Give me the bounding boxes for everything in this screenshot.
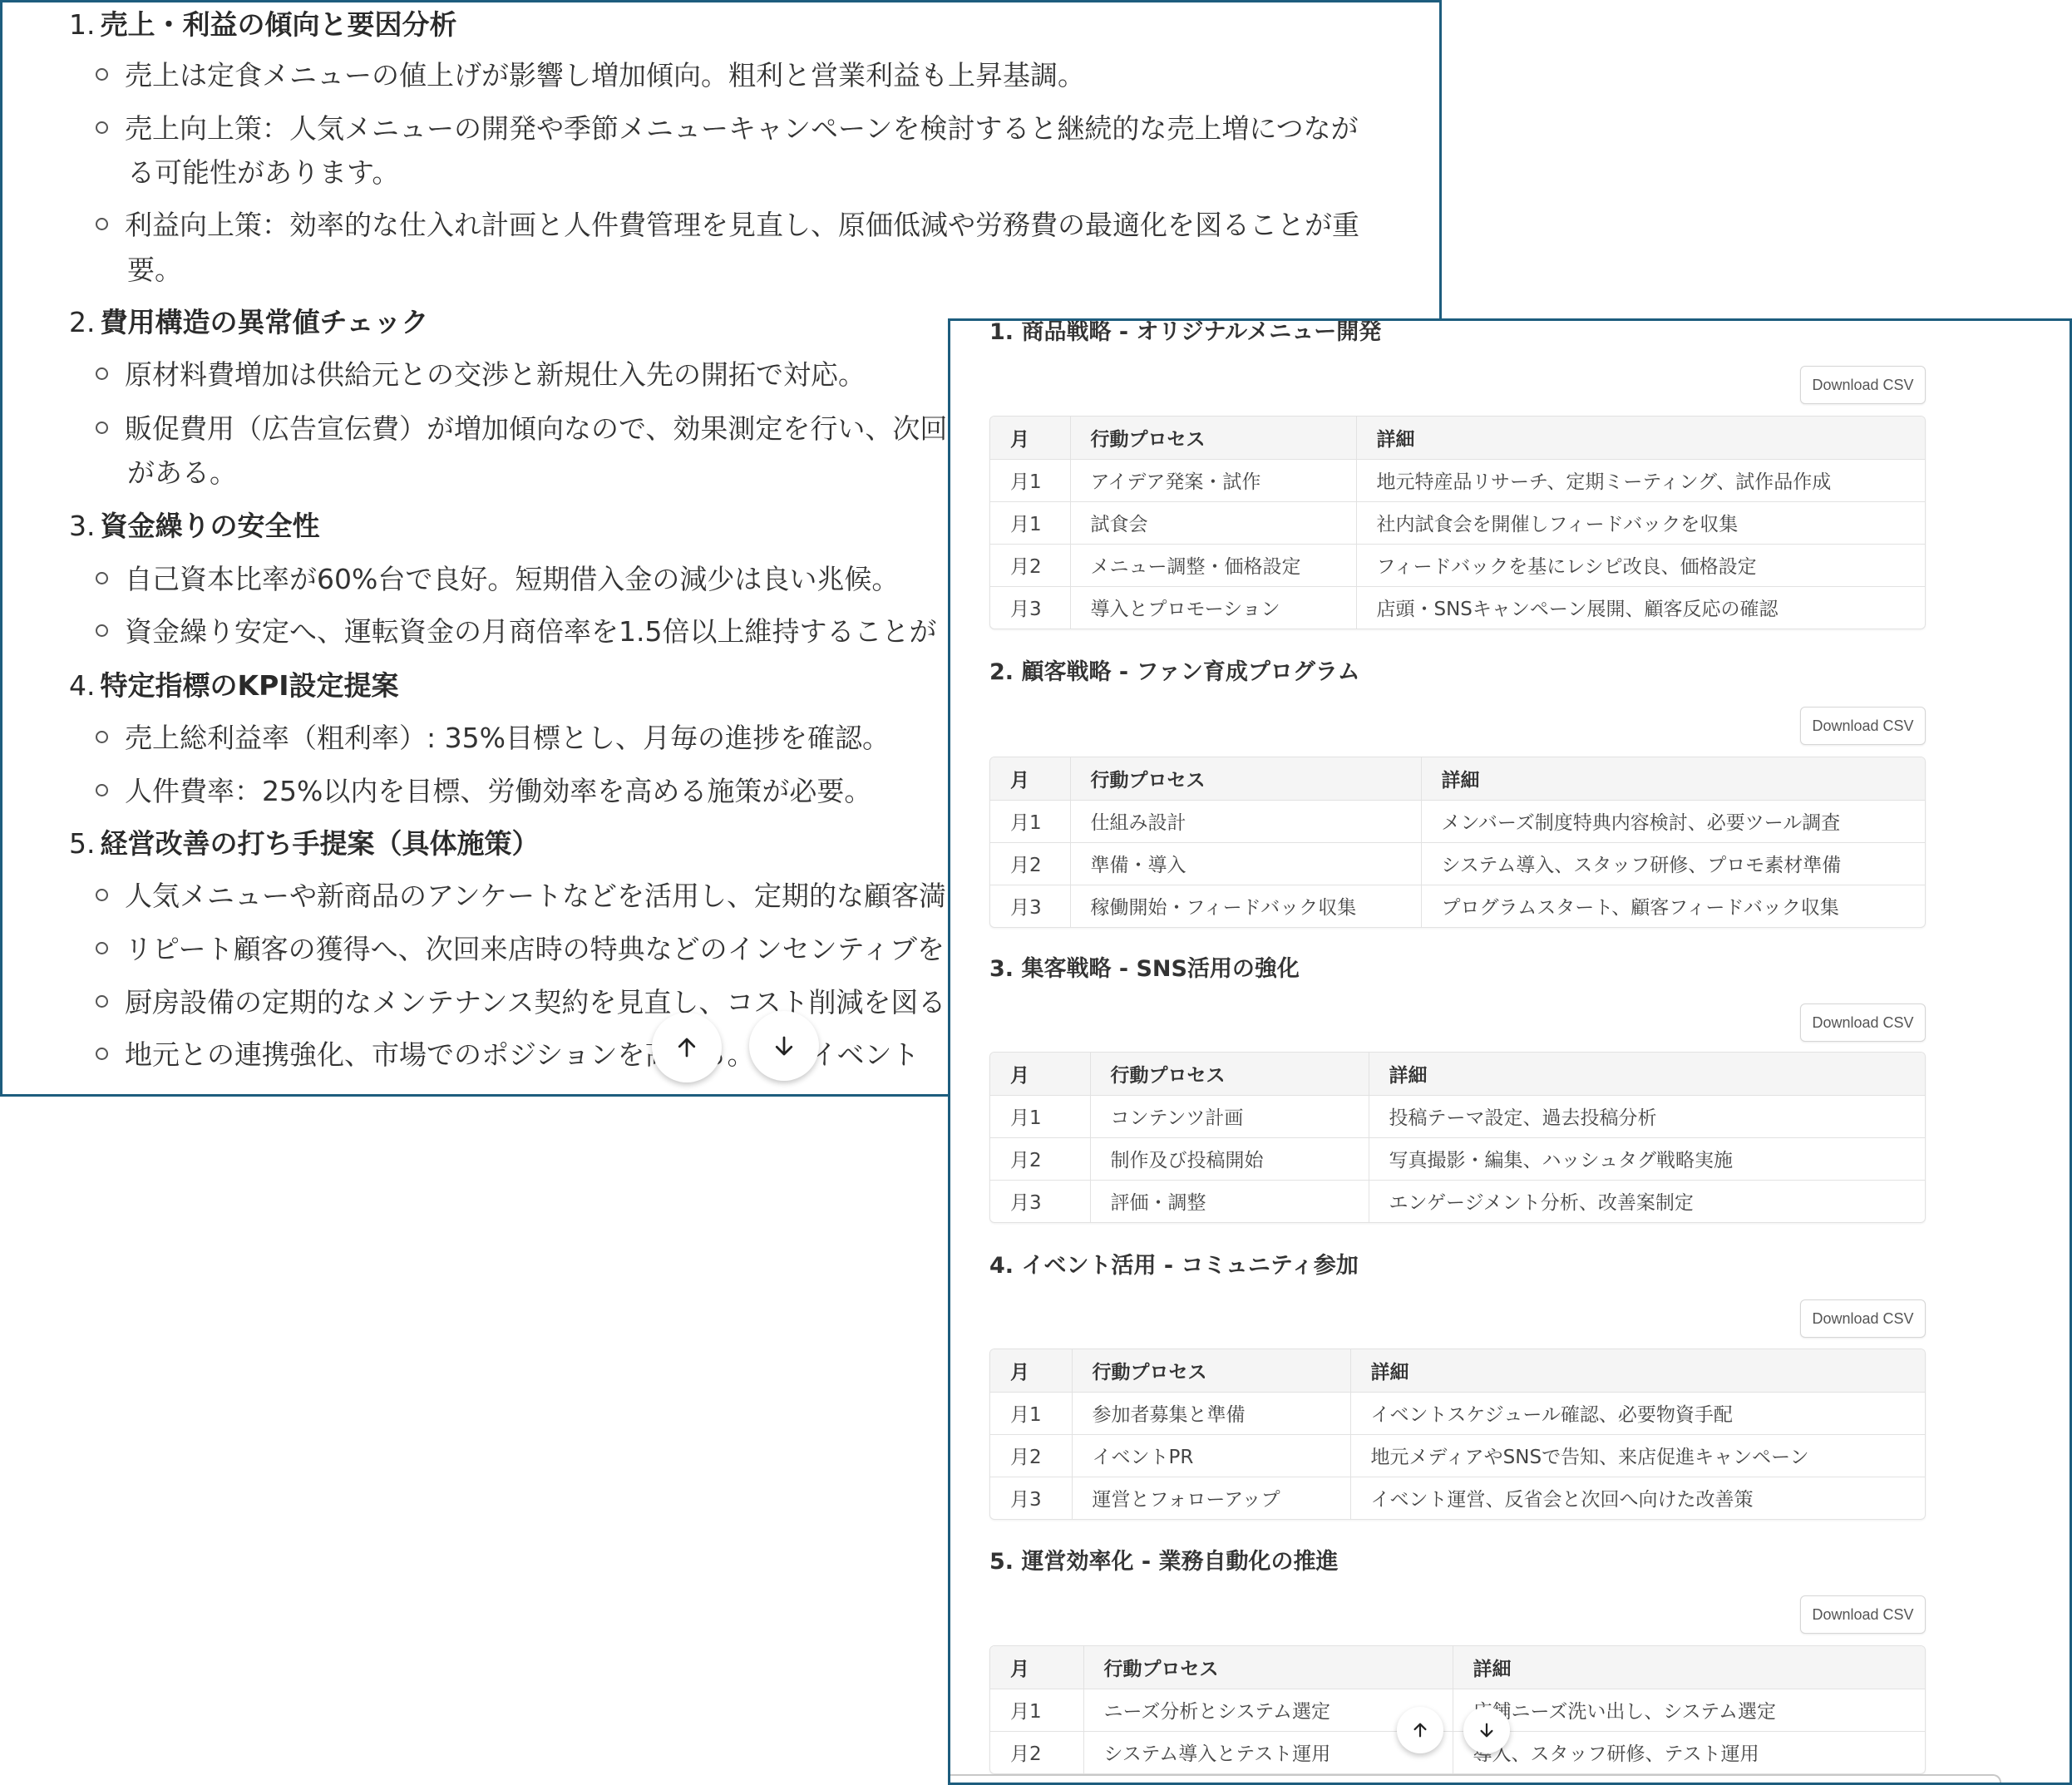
table-row: 月2 制作及び投稿開始 写真撮影・編集、ハッシュタグ戦略実施 xyxy=(990,1137,1925,1180)
table-row: 月3 運営とフォローアップ イベント運営、反省会と次回へ向けた改善策 xyxy=(990,1477,1925,1519)
column-header-detail: 詳細 xyxy=(1350,1349,1925,1392)
download-csv-button[interactable]: Download CSV xyxy=(1800,1595,1926,1634)
circle-bullet-icon xyxy=(96,367,108,380)
list-item: 厨房設備の定期的なメンテナンス契約を見直し、コスト削減を図る xyxy=(96,986,945,1019)
scroll-down-button[interactable] xyxy=(749,1011,819,1081)
table-row: 月2 準備・導入 システム導入、スタッフ研修、プロモ素材準備 xyxy=(990,842,1925,885)
plan-heading-1: 1. 商品戦略 - オリジナルメニュー開発 xyxy=(989,318,1381,347)
list-item: 売上向上策：人気メニューの開発や季節メニューキャンペーンを検討すると継続的な売上… xyxy=(96,112,1359,145)
column-header-detail: 詳細 xyxy=(1356,417,1925,459)
circle-bullet-icon xyxy=(96,422,108,434)
section-heading-5: 5.経営改善の打ち手提案（具体施策） xyxy=(69,827,540,860)
arrow-down-icon xyxy=(1478,1721,1496,1739)
column-header-month: 月 xyxy=(990,757,1070,800)
list-item: 売上総利益率（粗利率）: 35%目標とし、月毎の進捗を確認。 xyxy=(96,722,890,755)
table-header-row: 月 行動プロセス 詳細 xyxy=(990,1053,1925,1095)
table-header-row: 月 行動プロセス 詳細 xyxy=(990,1349,1925,1392)
circle-bullet-icon xyxy=(96,784,108,796)
scroll-up-button[interactable] xyxy=(1397,1707,1443,1753)
plan-table-1: 月 行動プロセス 詳細 月1 アイデア発案・試作 地元特産品リサーチ、定期ミーテ… xyxy=(989,416,1926,629)
arrow-up-icon xyxy=(674,1035,699,1060)
plan-heading-4: 4. イベント活用 - コミュニティ参加 xyxy=(989,1252,1359,1280)
plan-heading-3: 3. 集客戦略 - SNS活用の強化 xyxy=(989,955,1300,984)
column-header-process: 行動プロセス xyxy=(1083,1646,1453,1689)
table-row: 月1 コンテンツ計画 投稿テーマ設定、過去投稿分析 xyxy=(990,1095,1925,1137)
column-header-detail: 詳細 xyxy=(1369,1053,1925,1095)
column-header-process: 行動プロセス xyxy=(1070,757,1421,800)
column-header-month: 月 xyxy=(990,1349,1072,1392)
table-row: 月2 メニュー調整・価格設定 フィードバックを基にレシピ改良、価格設定 xyxy=(990,544,1925,586)
plan-heading-2: 2. 顧客戦略 - ファン育成プログラム xyxy=(989,658,1360,687)
table-header-row: 月 行動プロセス 詳細 xyxy=(990,1646,1925,1689)
download-csv-button[interactable]: Download CSV xyxy=(1800,707,1926,745)
scroll-down-button[interactable] xyxy=(1463,1707,1510,1753)
action-plan-panel: 1. 商品戦略 - オリジナルメニュー開発 Download CSV 月 行動プ… xyxy=(948,318,2072,1785)
circle-bullet-icon xyxy=(96,1048,108,1060)
list-item: 人件費率：25%以内を目標、労働効率を高める施策が必要。 xyxy=(96,775,871,808)
column-header-month: 月 xyxy=(990,1053,1090,1095)
plan-table-3: 月 行動プロセス 詳細 月1 コンテンツ計画 投稿テーマ設定、過去投稿分析 月2… xyxy=(989,1052,1926,1223)
circle-bullet-icon xyxy=(96,68,108,81)
arrow-up-icon xyxy=(1411,1721,1429,1739)
column-header-detail: 詳細 xyxy=(1453,1646,1925,1689)
arrow-down-icon xyxy=(772,1033,797,1058)
circle-bullet-icon xyxy=(96,218,108,230)
list-item: 原材料費増加は供給元との交渉と新規仕入先の開拓で対応。 xyxy=(96,358,866,392)
section-heading-2: 2.費用構造の異常値チェック xyxy=(69,306,429,339)
list-item: 自己資本比率が60%台で良好。短期借入金の減少は良い兆候。 xyxy=(96,563,899,596)
column-header-month: 月 xyxy=(990,1646,1083,1689)
table-header-row: 月 行動プロセス 詳細 xyxy=(990,417,1925,459)
table-row: 月1 仕組み設計 メンバーズ制度特典内容検討、必要ツール調査 xyxy=(990,800,1925,842)
section-heading-4: 4.特定指標のKPI設定提案 xyxy=(69,669,399,703)
circle-bullet-icon xyxy=(96,624,108,637)
download-csv-button[interactable]: Download CSV xyxy=(1800,1003,1926,1042)
table-row: 月1 試食会 社内試食会を開催しフィードバックを収集 xyxy=(990,501,1925,544)
plan-table-2: 月 行動プロセス 詳細 月1 仕組み設計 メンバーズ制度特典内容検討、必要ツール… xyxy=(989,757,1926,928)
chat-input-edge xyxy=(950,1774,2001,1783)
list-item: 売上は定食メニューの値上げが影響し増加傾向。粗利と営業利益も上昇基調。 xyxy=(96,59,1085,92)
list-item-continuation: る可能性があります。 xyxy=(127,156,399,190)
list-item: 販促費用（広告宣伝費）が増加傾向なので、効果測定を行い、次回 xyxy=(96,412,947,446)
list-item: 人気メニューや新商品のアンケートなどを活用し、定期的な顧客満 xyxy=(96,880,946,913)
list-item-continuation: 要。 xyxy=(127,254,182,287)
column-header-process: 行動プロセス xyxy=(1070,417,1356,459)
column-header-process: 行動プロセス xyxy=(1090,1053,1369,1095)
circle-bullet-icon xyxy=(96,731,108,743)
circle-bullet-icon xyxy=(96,995,108,1008)
list-item: 資金繰り安定へ、運転資金の月商倍率を1.5倍以上維持することが xyxy=(96,615,936,648)
circle-bullet-icon xyxy=(96,572,108,584)
download-csv-button[interactable]: Download CSV xyxy=(1800,366,1926,404)
column-header-process: 行動プロセス xyxy=(1072,1349,1350,1392)
section-heading-3: 3.資金繰りの安全性 xyxy=(69,510,320,543)
circle-bullet-icon xyxy=(96,889,108,901)
list-item: 利益向上策：効率的な仕入れ計画と人件費管理を見直し、原価低減や労務費の最適化を図… xyxy=(96,209,1359,242)
section-heading-1: 1.売上・利益の傾向と要因分析 xyxy=(69,8,457,42)
table-header-row: 月 行動プロセス 詳細 xyxy=(990,757,1925,800)
table-row: 月2 システム導入とテスト運用 導入、スタッフ研修、テスト運用 xyxy=(990,1731,1925,1773)
table-row: 月2 イベントPR 地元メディアやSNSで告知、来店促進キャンペーン xyxy=(990,1434,1925,1477)
plan-table-4: 月 行動プロセス 詳細 月1 参加者募集と準備 イベントスケジュール確認、必要物… xyxy=(989,1349,1926,1520)
table-row: 月3 稼働開始・フィードバック収集 プログラムスタート、顧客フィードバック収集 xyxy=(990,885,1925,927)
table-row: 月1 ニーズ分析とシステム選定 店舗ニーズ洗い出し、システム選定 xyxy=(990,1689,1925,1731)
column-header-detail: 詳細 xyxy=(1421,757,1925,800)
circle-bullet-icon xyxy=(96,942,108,954)
column-header-month: 月 xyxy=(990,417,1070,459)
table-row: 月3 評価・調整 エンゲージメント分析、改善案制定 xyxy=(990,1180,1925,1222)
table-row: 月1 参加者募集と準備 イベントスケジュール確認、必要物資手配 xyxy=(990,1392,1925,1434)
download-csv-button[interactable]: Download CSV xyxy=(1800,1299,1926,1338)
plan-table-5: 月 行動プロセス 詳細 月1 ニーズ分析とシステム選定 店舗ニーズ洗い出し、シス… xyxy=(989,1645,1926,1774)
table-row: 月3 導入とプロモーション 店頭・SNSキャンペーン展開、顧客反応の確認 xyxy=(990,586,1925,629)
scroll-up-button[interactable] xyxy=(652,1013,722,1082)
list-item: リピート顧客の獲得へ、次回来店時の特典などのインセンティブを xyxy=(96,933,945,966)
list-item-continuation: がある。 xyxy=(127,456,237,490)
circle-bullet-icon xyxy=(96,121,108,134)
plan-heading-5: 5. 運営効率化 - 業務自動化の推進 xyxy=(989,1548,1338,1576)
table-row: 月1 アイデア発案・試作 地元特産品リサーチ、定期ミーティング、試作品作成 xyxy=(990,459,1925,501)
